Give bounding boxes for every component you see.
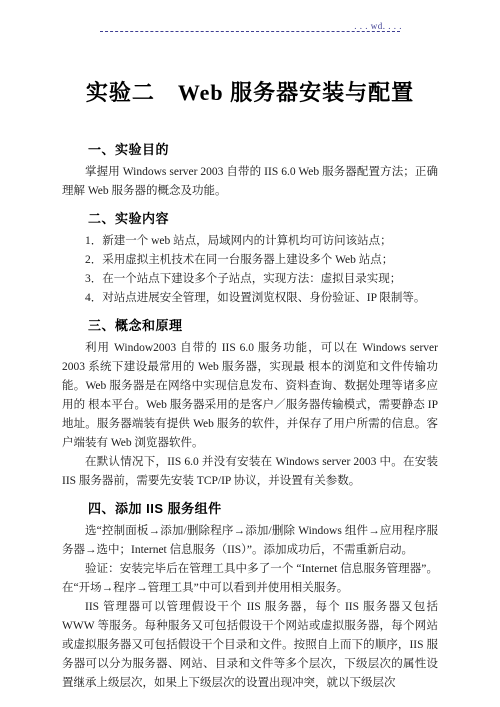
paragraph-add-iis-1: 选“控制面板→添加/删除程序→添加/删除 Windows 组件→应用程序服务器→…: [62, 522, 438, 560]
page-header: . . . wd. . . .: [62, 20, 438, 34]
paragraph-concepts-1: 利用 Window2003 自带的 IIS 6.0 服务功能，可以在 Windo…: [62, 339, 438, 453]
list-item-1: 1．新建一个 web 站点，局域网内的计算机均可访问该站点；: [62, 232, 438, 251]
section-heading-concepts: 三、概念和原理: [62, 315, 438, 334]
section-heading-add-iis: 四、添加 IIS 服务组件: [62, 498, 438, 517]
watermark-text: . . . wd. . . .: [354, 22, 402, 31]
header-dashed-rule: . . . wd. . . .: [100, 20, 400, 32]
paragraph-purpose: 掌握用 Windows server 2003 自带的 IIS 6.0 Web …: [62, 163, 438, 201]
paragraph-concepts-2: 在默认情况下，IIS 6.0 并没有安装在 Windows server 200…: [62, 453, 438, 491]
list-item-2: 2．采用虚拟主机技术在同一台服务器上建设多个 Web 站点；: [62, 251, 438, 270]
list-item-4: 4．对站点进展安全管理，如设置浏览权限、身份验证、IP 限制等。: [62, 289, 438, 308]
section-heading-content: 二、实验内容: [62, 208, 438, 227]
document-title: 实验二 Web 服务器安装与配置: [62, 76, 438, 107]
paragraph-add-iis-2: 验证：安装完毕后在管理工具中多了一个 “Internet 信息服务管理器”。在“…: [62, 560, 438, 598]
section-heading-purpose: 一、实验目的: [62, 139, 438, 158]
list-item-3: 3．在一个站点下建设多个子站点，实现方法：虚拟目录实现；: [62, 270, 438, 289]
document-page: . . . wd. . . . 实验二 Web 服务器安装与配置 一、实验目的 …: [0, 0, 500, 707]
paragraph-add-iis-3: IIS 管理器可以管理假设干个 IIS 服务器，每个 IIS 服务器又包括 WW…: [62, 598, 438, 693]
